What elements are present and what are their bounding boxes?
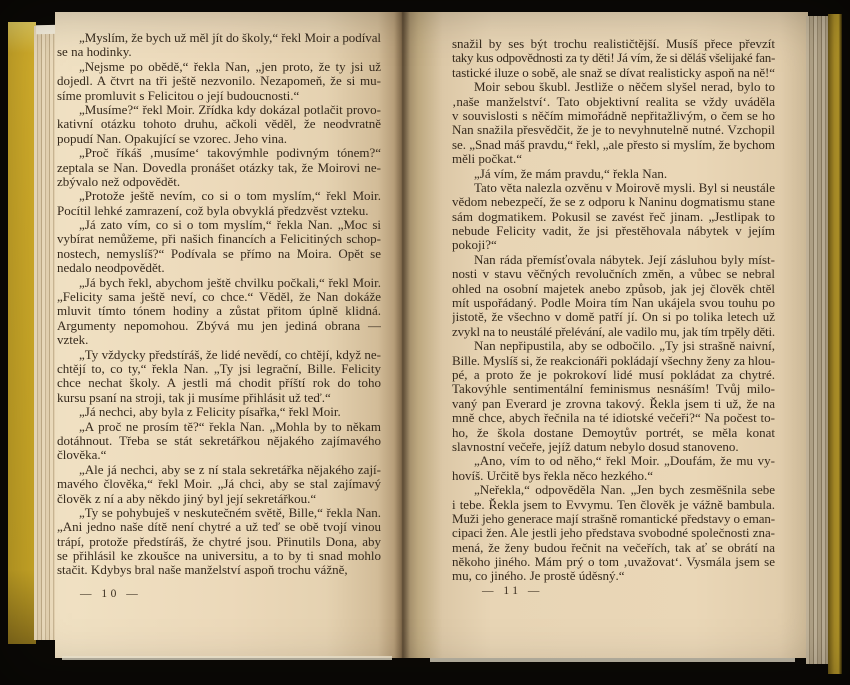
text-line: Nan ráda přemísťovala nábytek. Její zásl… xyxy=(452,253,775,267)
text-line: zbývalo než odpovědět. xyxy=(57,175,381,189)
book-gutter-shadow xyxy=(394,12,410,658)
text-line: pé, a proto že je pokrokoví lidé musí po… xyxy=(452,368,775,382)
text-line: mená, že ženy budou řečnit na večeřích, … xyxy=(452,541,775,555)
text-line: Pocítil lehké zamrazení, což byla obvykl… xyxy=(57,204,381,218)
text-line: Bille. Myslíš si, že reakcionáři pokláda… xyxy=(452,354,775,368)
book-cover-right-edge xyxy=(828,14,842,674)
text-line: „Musíme?“ řekl Moir. Zřídka kdy dokázal … xyxy=(57,103,381,117)
text-line: nostech, nemyslíš?“ Podívala se přímo na… xyxy=(57,247,381,261)
text-line: mít uspořádaný. Podle Moira tím Nan ukáj… xyxy=(452,296,775,310)
text-line: „Ale já nechci, aby se z ní stala sekret… xyxy=(57,463,381,477)
text-line: mluvit tímto tónem hodiny a zůstat přito… xyxy=(57,304,381,318)
text-line: vědom nebezpečí, že se z odporu k Naninu… xyxy=(452,195,775,209)
text-line: nebude Felicity vadit, že jsi přestěhova… xyxy=(452,224,775,238)
text-line: se přihlásil ke zkoušce na universitu, a… xyxy=(57,549,381,563)
text-line: kursu psaní na stroji, tak ji musíme při… xyxy=(57,391,381,405)
text-line: člověka.“ xyxy=(57,448,381,462)
text-line: mavého člověka,“ řekl Moir. „Já chci, ab… xyxy=(57,477,381,491)
text-line: Argumenty nepomohou. Zbývá mu jen jediná… xyxy=(57,319,381,333)
text-line: kativní otázku tohoto druhu, ačkoli vědě… xyxy=(57,117,381,131)
text-line: Nan snažila přesvědčit, že je to nevyhnu… xyxy=(452,123,775,137)
text-line: sám dogmatikem. Pokusil se zavést řeč ji… xyxy=(452,210,775,224)
page-bottom-edge-highlight xyxy=(430,658,795,662)
text-line: „Ani jedno naše dítě není chytré a už te… xyxy=(57,520,381,534)
page-edges-right xyxy=(806,16,828,664)
text-line: „Já bych řekl, abychom ještě chvilku poč… xyxy=(57,276,381,290)
text-line: taky kus odpovědnosti za ty děti! Já vím… xyxy=(452,51,775,65)
text-line: Muži jeho generace mají strašně romantic… xyxy=(452,512,775,526)
text-line: Moir sebou škubl. Jestliže o něčem slyše… xyxy=(452,80,775,94)
text-line: člověk z ní a aby někdo jiný byl její se… xyxy=(57,492,381,506)
text-line: popudí Nan. Opakující se vzorec. Jeho vi… xyxy=(57,132,381,146)
text-line: dojedl. A čtvrt na tři ještě nezvonilo. … xyxy=(57,74,381,88)
text-line: jistotě, že všechno v domě patří jí. On … xyxy=(452,310,775,324)
text-line: ohled na osobní majetek anebo způsob, ja… xyxy=(452,282,775,296)
left-page-number: — 10 — xyxy=(80,588,141,600)
text-line: ho, že škola dostane Demoytův portrét, s… xyxy=(452,426,775,440)
text-line: Nan nepřipustila, aby se odbočilo. „Ty j… xyxy=(452,339,775,353)
page-edges-left xyxy=(34,26,57,640)
text-line: ‚naše manželství‘. Tato objektivní reali… xyxy=(452,95,775,109)
right-page-text: snažil by ses být trochu realističtější.… xyxy=(452,37,775,584)
text-line: i tebe. Řekla jsem to Evvymu. Ten člověk… xyxy=(452,498,775,512)
text-line: „A proč ne prosím tě?“ řekla Nan. „Mohla… xyxy=(57,420,381,434)
text-line: síme promluvit s Felicitou o její budouc… xyxy=(57,89,381,103)
text-line: „Já nechci, aby byla z Felicity písařka,… xyxy=(57,405,381,419)
text-line: „Felicity sama ještě neví, co chce.“ Věd… xyxy=(57,290,381,304)
left-page-text: „Myslím, že bych už měl jít do školy,“ ř… xyxy=(57,31,381,578)
text-line: „Ty se pohybuješ v neskutečném světě, Bi… xyxy=(57,506,381,520)
text-line: nosti v stavu věčných revolučních změn, … xyxy=(452,267,775,281)
text-line: nedalo neodpovědět. xyxy=(57,261,381,275)
text-line: mu, co jiného. Je prostě úděsný.“ xyxy=(452,569,775,583)
text-line: hovíš. Určitě bys řekla něco hezkého.“ xyxy=(452,469,775,483)
text-line: se. „Snad máš pravdu,“ řekl, „ale přesto… xyxy=(452,138,775,152)
text-line: dotáhnout. Třeba se stát sekretářkou něj… xyxy=(57,434,381,448)
text-line: se na hodinky. xyxy=(57,45,381,59)
text-line: tastické iluze o sobě, ale snaž se dívat… xyxy=(452,66,775,80)
text-line: snažil by ses být trochu realističtější.… xyxy=(452,37,775,51)
text-line: „Ano, vím to od něho,“ řekl Moir. „Doufá… xyxy=(452,454,775,468)
text-line: cipaci žen. Ale jestli jeho představa sv… xyxy=(452,526,775,540)
text-line: „Proč říkáš ‚musíme‘ takovýmhle podivným… xyxy=(57,146,381,160)
text-line: chce nechat školy. A jestli má chodit př… xyxy=(57,376,381,390)
text-line: někoho jiného. Mám prý o tom ‚uvažovat‘.… xyxy=(452,555,775,569)
text-line: „Já vím, že mám pravdu,“ řekla Nan. xyxy=(452,167,775,181)
text-line: v souvislosti s něčím mimořádně nepřitaž… xyxy=(452,109,775,123)
book-cover-left-edge xyxy=(8,22,36,644)
text-line: „Já zato vím, co si o tom myslím,“ řekla… xyxy=(57,218,381,232)
text-line: „Ty vždycky předstíráš, že lidé nevědí, … xyxy=(57,348,381,362)
page-bottom-edge-highlight xyxy=(62,656,392,660)
text-line: Takovýhle sentimentální feminismus nesná… xyxy=(452,382,775,396)
text-line: slavnostní večeře, jejíž datum nebylo do… xyxy=(452,440,775,454)
text-line: „Protože ještě nevím, co si o tom myslím… xyxy=(57,189,381,203)
text-line: trápí, protože předstíráš, že chytré jso… xyxy=(57,535,381,549)
text-line: „Nejsme po obědě,“ řekla Nan, „jen proto… xyxy=(57,60,381,74)
text-line: „Neřekla,“ odpověděla Nan. „Jen bych zes… xyxy=(452,483,775,497)
text-line: stačit. Kdybys bral naše manželství aspo… xyxy=(57,563,381,577)
text-line: chtějí to, co ty,“ řekla Nan. „Ty jsi le… xyxy=(57,362,381,376)
text-line: mně chce, abych řečnila na té idiotské v… xyxy=(452,411,775,425)
text-line: pokoji?“ xyxy=(452,238,775,252)
text-line: vaný pan Everard je zrovna takový. Řekla… xyxy=(452,397,775,411)
text-line: „Myslím, že bych už měl jít do školy,“ ř… xyxy=(57,31,381,45)
text-line: vybírat nemůžeme, při našich financích a… xyxy=(57,232,381,246)
right-page-number: — 11 — xyxy=(482,585,543,597)
text-line: Tato věta nalezla ozvěnu v Moirově mysli… xyxy=(452,181,775,195)
text-line: vztek. xyxy=(57,333,381,347)
text-line: zeptala se Nan. Dovedla pronášet otázky … xyxy=(57,161,381,175)
text-line: měli počkat.“ xyxy=(452,152,775,166)
text-line: zvykl na to neustálé přelévání, ale vadi… xyxy=(452,325,775,339)
book-photo: „Myslím, že bych už měl jít do školy,“ ř… xyxy=(0,0,850,685)
